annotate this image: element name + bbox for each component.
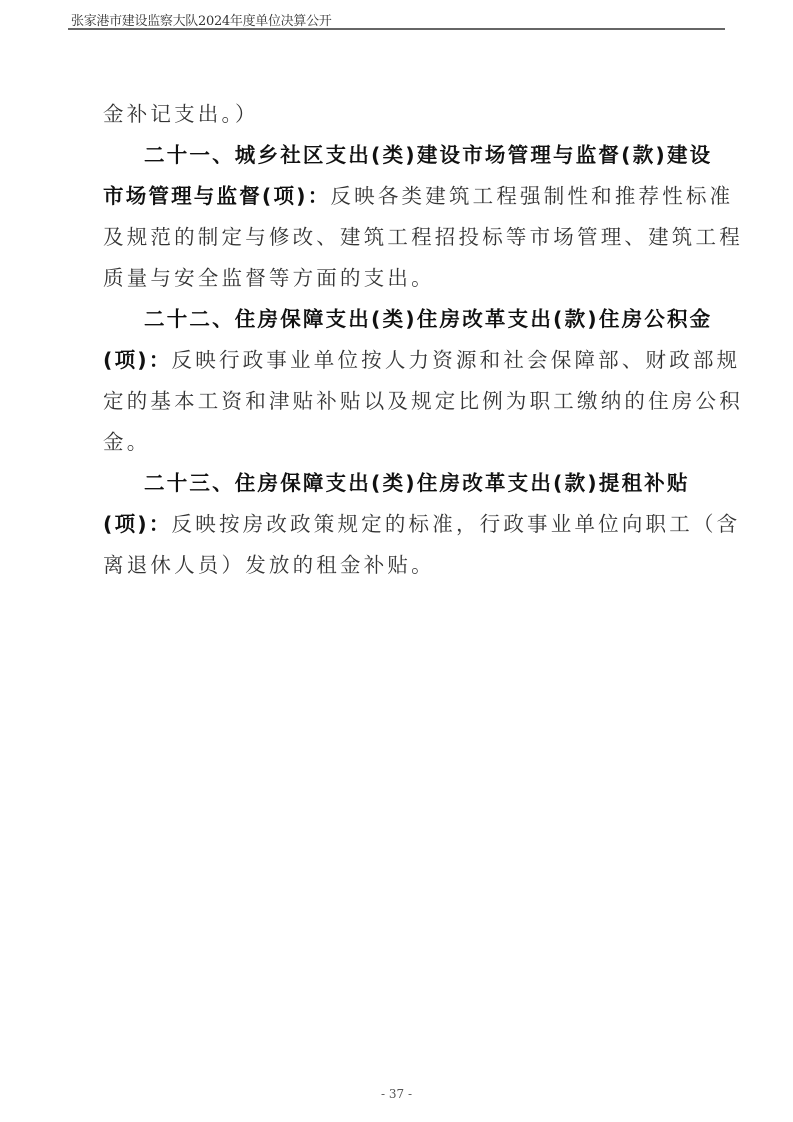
- section-paragraph-line: 金。: [103, 424, 693, 465]
- header-divider: [68, 28, 725, 30]
- item-label: (项)：: [103, 348, 172, 372]
- item-description: 反映行政事业单位按人力资源和社会保障部、财政部规: [172, 348, 741, 372]
- section-22: 二十二、住房保障支出(类)住房改革支出(款)住房公积金 (项)：反映行政事业单位…: [103, 301, 693, 465]
- item-label: (项)：: [103, 512, 172, 536]
- document-body: 金补记支出。） 二十一、城乡社区支出(类)建设市场管理与监督(款)建设 市场管理…: [103, 96, 693, 588]
- section-heading: 二十二、住房保障支出(类)住房改革支出(款)住房公积金: [103, 301, 693, 342]
- section-heading: 二十三、住房保障支出(类)住房改革支出(款)提租补贴: [103, 465, 693, 506]
- continuation-line: 金补记支出。）: [103, 96, 693, 137]
- item-description: 反映各类建筑工程强制性和推荐性标准: [330, 184, 733, 208]
- section-paragraph-line: 及规范的制定与修改、建筑工程招投标等市场管理、建筑工程: [103, 219, 693, 260]
- section-paragraph-line: 定的基本工资和津贴补贴以及规定比例为职工缴纳的住房公积: [103, 383, 693, 424]
- section-paragraph-line: 质量与安全监督等方面的支出。: [103, 260, 693, 301]
- section-heading: 二十一、城乡社区支出(类)建设市场管理与监督(款)建设: [103, 137, 693, 178]
- section-23: 二十三、住房保障支出(类)住房改革支出(款)提租补贴 (项)：反映按房改政策规定…: [103, 465, 693, 588]
- section-paragraph-line: 市场管理与监督(项)：反映各类建筑工程强制性和推荐性标准: [103, 178, 693, 219]
- section-21: 二十一、城乡社区支出(类)建设市场管理与监督(款)建设 市场管理与监督(项)：反…: [103, 137, 693, 301]
- page-number: - 37 -: [0, 1087, 793, 1101]
- section-paragraph-line: (项)：反映按房改政策规定的标准，行政事业单位向职工（含: [103, 506, 693, 547]
- section-paragraph-line: 离退休人员）发放的租金补贴。: [103, 547, 693, 588]
- item-description: 反映按房改政策规定的标准，行政事业单位向职工（含: [172, 512, 741, 536]
- document-title: 张家港市建设监察大队2024年度单位决算公开: [71, 10, 332, 29]
- section-paragraph-line: (项)：反映行政事业单位按人力资源和社会保障部、财政部规: [103, 342, 693, 383]
- item-label: 市场管理与监督(项)：: [103, 184, 330, 208]
